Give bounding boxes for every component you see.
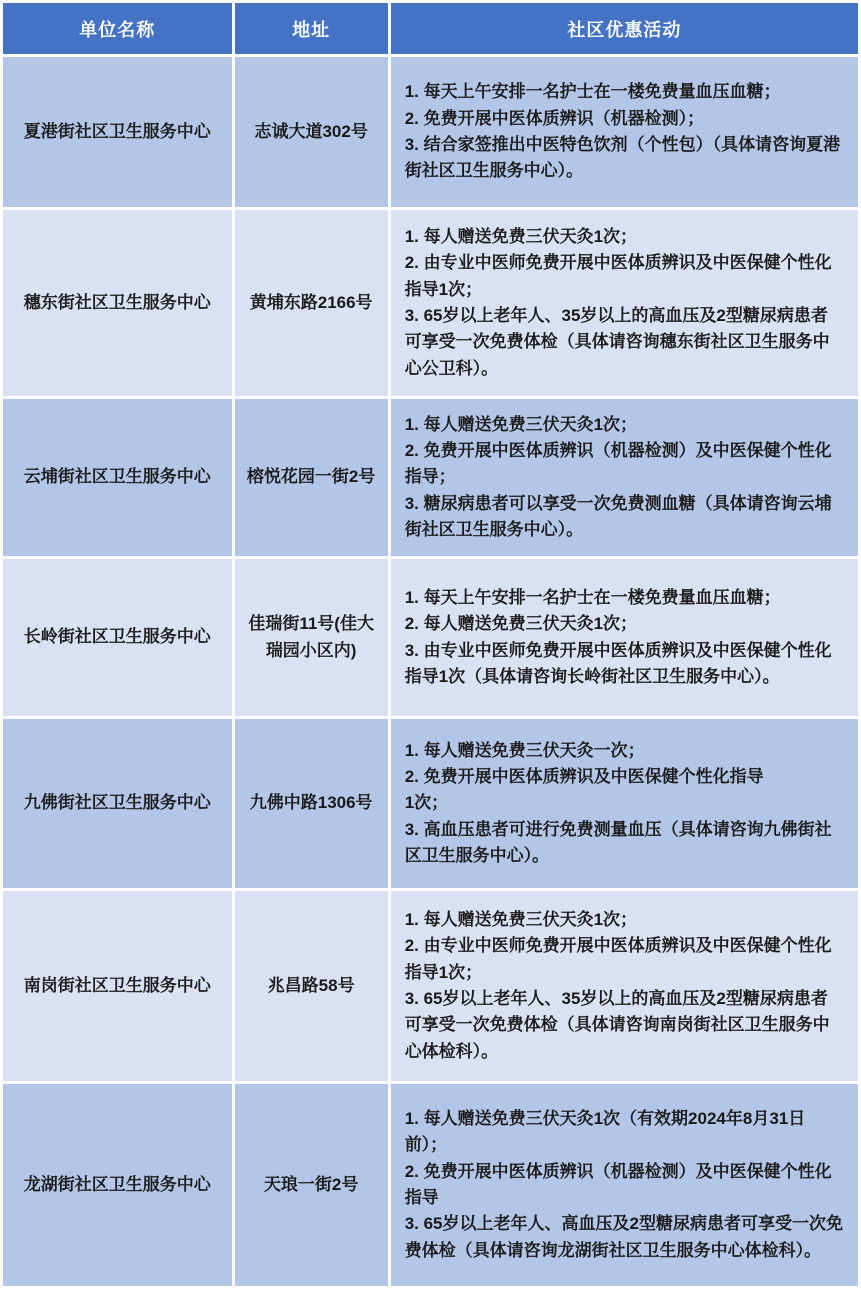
activities-cell: 1. 每天上午安排一名护士在一楼免费量血压血糖； 2. 每人赠送免费三伏天灸1次… xyxy=(391,559,858,716)
address-cell: 榕悦花园一街2号 xyxy=(235,399,388,556)
address-cell: 佳瑞街11号(佳大瑞园小区内) xyxy=(235,559,388,716)
unit-name-cell: 南岗街社区卫生服务中心 xyxy=(3,891,232,1081)
table-row: 穗东街社区卫生服务中心 黄埔东路2166号 1. 每人赠送免费三伏天灸1次； 2… xyxy=(3,210,858,396)
unit-name-cell: 九佛街社区卫生服务中心 xyxy=(3,719,232,888)
unit-name-cell: 云埔街社区卫生服务中心 xyxy=(3,399,232,556)
address-cell: 兆昌路58号 xyxy=(235,891,388,1081)
address-cell: 黄埔东路2166号 xyxy=(235,210,388,396)
unit-name-cell: 长岭街社区卫生服务中心 xyxy=(3,559,232,716)
health-centers-table: 单位名称 地址 社区优惠活动 夏港街社区卫生服务中心 志诚大道302号 1. 每… xyxy=(0,0,861,1289)
column-header-unit-name: 单位名称 xyxy=(3,3,232,54)
activities-cell: 1. 每人赠送免费三伏天灸1次（有效期2024年8月31日前）； 2. 免费开展… xyxy=(391,1084,858,1286)
unit-name-cell: 夏港街社区卫生服务中心 xyxy=(3,57,232,207)
table-row: 南岗街社区卫生服务中心 兆昌路58号 1. 每人赠送免费三伏天灸1次； 2. 由… xyxy=(3,891,858,1081)
table-body: 夏港街社区卫生服务中心 志诚大道302号 1. 每天上午安排一名护士在一楼免费量… xyxy=(3,57,858,1286)
table-row: 夏港街社区卫生服务中心 志诚大道302号 1. 每天上午安排一名护士在一楼免费量… xyxy=(3,57,858,207)
table-row: 龙湖街社区卫生服务中心 天琅一街2号 1. 每人赠送免费三伏天灸1次（有效期20… xyxy=(3,1084,858,1286)
activities-cell: 1. 每人赠送免费三伏天灸一次； 2. 免费开展中医体质辨识及中医保健个性化指导… xyxy=(391,719,858,888)
unit-name-cell: 穗东街社区卫生服务中心 xyxy=(3,210,232,396)
address-cell: 天琅一街2号 xyxy=(235,1084,388,1286)
activities-cell: 1. 每人赠送免费三伏天灸1次； 2. 由专业中医师免费开展中医体质辨识及中医保… xyxy=(391,891,858,1081)
table-row: 九佛街社区卫生服务中心 九佛中路1306号 1. 每人赠送免费三伏天灸一次； 2… xyxy=(3,719,858,888)
column-header-activities: 社区优惠活动 xyxy=(391,3,858,54)
address-cell: 九佛中路1306号 xyxy=(235,719,388,888)
table-row: 云埔街社区卫生服务中心 榕悦花园一街2号 1. 每人赠送免费三伏天灸1次； 2.… xyxy=(3,399,858,556)
activities-cell: 1. 每天上午安排一名护士在一楼免费量血压血糖； 2. 免费开展中医体质辨识（机… xyxy=(391,57,858,207)
table-header-row: 单位名称 地址 社区优惠活动 xyxy=(3,3,858,54)
unit-name-cell: 龙湖街社区卫生服务中心 xyxy=(3,1084,232,1286)
address-cell: 志诚大道302号 xyxy=(235,57,388,207)
activities-cell: 1. 每人赠送免费三伏天灸1次； 2. 由专业中医师免费开展中医体质辨识及中医保… xyxy=(391,210,858,396)
activities-cell: 1. 每人赠送免费三伏天灸1次； 2. 免费开展中医体质辨识（机器检测）及中医保… xyxy=(391,399,858,556)
table-row: 长岭街社区卫生服务中心 佳瑞街11号(佳大瑞园小区内) 1. 每天上午安排一名护… xyxy=(3,559,858,716)
column-header-address: 地址 xyxy=(235,3,388,54)
